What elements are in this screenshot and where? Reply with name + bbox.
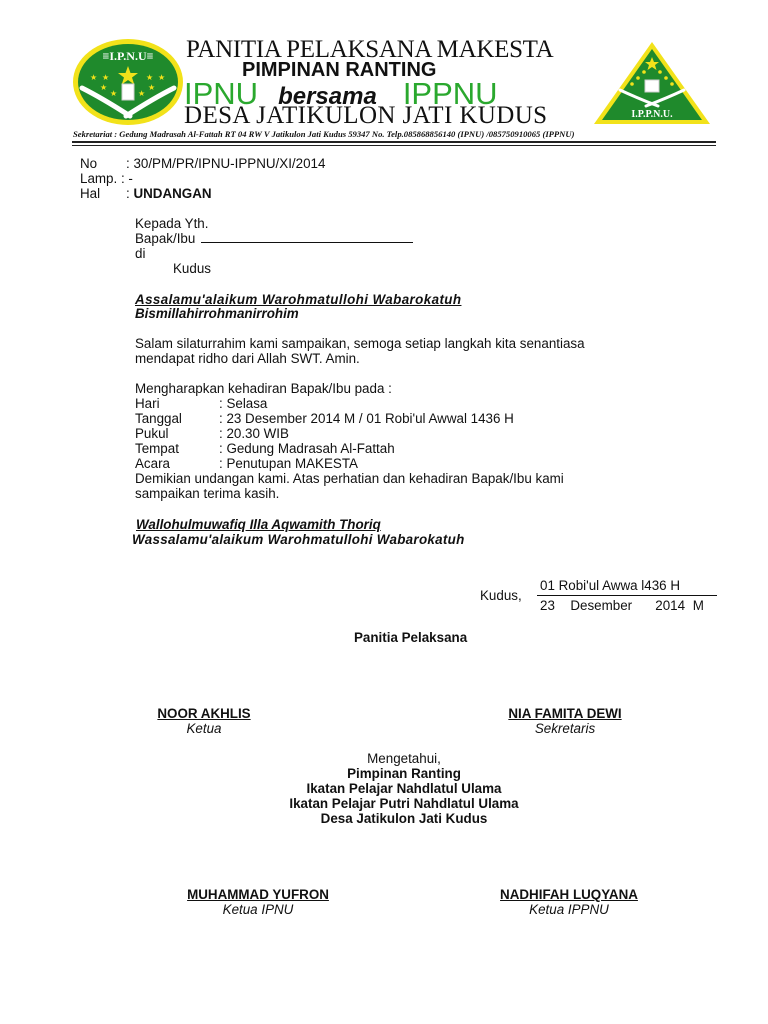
acknowledgement-heading: Mengetahui,: [234, 751, 574, 766]
body-paragraph-line1: Salam silaturrahim kami sampaikan, semog…: [135, 336, 585, 351]
signer-name: MUHAMMAD YUFRON: [158, 887, 358, 902]
acknowledgement-org-line2: Ikatan Pelajar Nahdlatul Ulama: [234, 781, 574, 796]
invitation-intro: Mengharapkan kehadiran Bapak/Ibu pada :: [135, 381, 392, 396]
event-agenda-value: : Penutupan MAKESTA: [219, 456, 358, 471]
signature-block: NADHIFAH LUQYANA Ketua IPPNU: [469, 887, 669, 917]
recipient-name-blank: [201, 231, 413, 243]
event-time-value: : 20.30 WIB: [219, 426, 289, 441]
committee-title: Panitia Pelaksana: [354, 630, 467, 645]
svg-text:★: ★: [158, 73, 165, 82]
signer-role: Ketua IPPNU: [469, 902, 669, 917]
opening-salam: Assalamu'alaikum Warohmatullohi Wabaroka…: [135, 292, 461, 307]
event-detail-row: Tanggal: 23 Desember 2014 M / 01 Robi'ul…: [135, 411, 514, 426]
event-agenda-label: Acara: [135, 456, 219, 471]
closing-paragraph-line2: sampaikan terima kasih.: [135, 486, 279, 501]
date-place: Kudus,: [480, 588, 522, 603]
signer-role: Ketua IPNU: [158, 902, 358, 917]
date-masehi: 23 Desember 2014 M: [540, 598, 704, 613]
header-address: Sekretariat : Gedung Madrasah Al-Fattah …: [73, 129, 574, 139]
letter-number-row: No: 30/PM/PR/IPNU-IPPNU/XI/2014: [80, 156, 325, 171]
event-detail-row: Pukul: 20.30 WIB: [135, 426, 289, 441]
ipnu-logo-icon: ≡I.P.N.U≡ ★★★★ ★★★★: [72, 38, 184, 126]
acknowledgement-org-line4: Desa Jatikulon Jati Kudus: [234, 811, 574, 826]
subject-row: Hal: UNDANGAN: [80, 186, 212, 201]
attachment-row: Lamp. : -: [80, 171, 133, 186]
ippnu-logo-icon: I.P.P.N.U.: [592, 40, 712, 126]
svg-text:★: ★: [138, 89, 145, 98]
event-place-value: : Gedung Madrasah Al-Fattah: [219, 441, 395, 456]
signer-name: NIA FAMITA DEWI: [485, 706, 645, 721]
header-village: DESA JATIKULON JATI KUDUS: [184, 102, 547, 130]
event-detail-row: Acara: Penutupan MAKESTA: [135, 456, 358, 471]
letter-number-value: : 30/PM/PR/IPNU-IPPNU/XI/2014: [126, 156, 325, 171]
attachment-label: Lamp.: [80, 171, 117, 186]
svg-text:≡I.P.N.U≡: ≡I.P.N.U≡: [103, 49, 154, 63]
subject-value: UNDANGAN: [133, 186, 211, 201]
svg-text:★: ★: [148, 83, 155, 92]
acknowledgement-org-line3: Ikatan Pelajar Putri Nahdlatul Ulama: [234, 796, 574, 811]
body-paragraph-line2: mendapat ridho dari Allah SWT. Amin.: [135, 351, 360, 366]
signer-role: Sekretaris: [485, 721, 645, 736]
letter-number-label: No: [80, 156, 126, 171]
attachment-value: : -: [121, 171, 133, 186]
svg-text:I.P.P.N.U.: I.P.P.N.U.: [631, 109, 673, 120]
recipient-di: di: [135, 246, 145, 261]
recipient-name-row: Bapak/Ibu: [135, 231, 413, 246]
recipient-city: Kudus: [173, 261, 211, 276]
signature-block: NIA FAMITA DEWI Sekretaris: [485, 706, 645, 736]
event-date-value: : 23 Desember 2014 M / 01 Robi'ul Awwal …: [219, 411, 514, 426]
signer-name: NOOR AKHLIS: [124, 706, 284, 721]
subject-label: Hal: [80, 186, 126, 201]
header-divider-thin: [72, 145, 716, 146]
svg-text:★: ★: [110, 89, 117, 98]
svg-text:★: ★: [146, 73, 153, 82]
acknowledgement-org-line1: Pimpinan Ranting: [234, 766, 574, 781]
closing-salam: Wassalamu'alaikum Warohmatullohi Wabarok…: [132, 532, 465, 547]
event-detail-row: Tempat: Gedung Madrasah Al-Fattah: [135, 441, 395, 456]
signer-name: NADHIFAH LUQYANA: [469, 887, 669, 902]
signer-role: Ketua: [124, 721, 284, 736]
date-divider: [537, 595, 717, 596]
event-day-value: : Selasa: [219, 396, 267, 411]
svg-text:★: ★: [100, 83, 107, 92]
closing-paragraph-line1: Demikian undangan kami. Atas perhatian d…: [135, 471, 564, 486]
event-time-label: Pukul: [135, 426, 219, 441]
date-hijri: 01 Robi'ul Awwa l436 H: [540, 578, 680, 593]
signature-block: MUHAMMAD YUFRON Ketua IPNU: [158, 887, 358, 917]
svg-text:★: ★: [102, 73, 109, 82]
recipient-title: Bapak/Ibu: [135, 231, 195, 246]
event-date-label: Tanggal: [135, 411, 219, 426]
header-divider-thick: [72, 141, 716, 143]
event-place-label: Tempat: [135, 441, 219, 456]
signature-block: NOOR AKHLIS Ketua: [124, 706, 284, 736]
recipient-salutation: Kepada Yth.: [135, 216, 208, 231]
svg-text:★: ★: [90, 73, 97, 82]
closing-prayer: Wallohulmuwafiq Illa Aqwamith Thoriq: [136, 517, 381, 532]
basmalah: Bismillahirrohmanirrohim: [135, 306, 299, 321]
event-detail-row: Hari: Selasa: [135, 396, 267, 411]
event-day-label: Hari: [135, 396, 219, 411]
